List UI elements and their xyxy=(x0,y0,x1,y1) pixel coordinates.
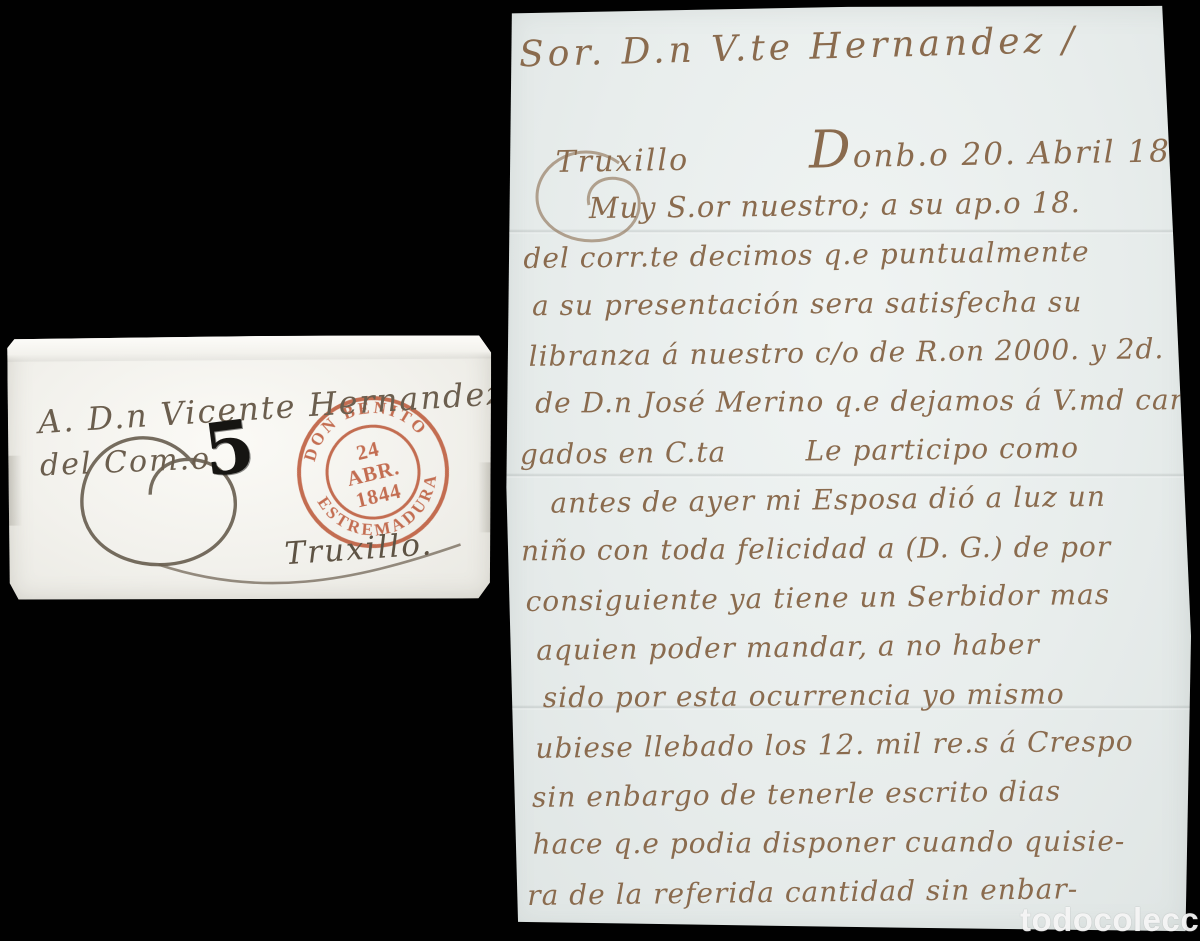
letter-line: de D.n José Merino q.e dejamos á V.md ca… xyxy=(535,375,1169,427)
letter-line: Muy S.or nuestro; a su ap.o 18. xyxy=(589,177,1168,233)
letter-line: hace q.e podia disponer cuando quisie- xyxy=(532,816,1174,868)
letter-line: del corr.te decimos q.e puntualmente xyxy=(523,226,1168,283)
letter-line: ubiese llebado los 12. mil re.s á Crespo xyxy=(535,716,1174,773)
letter-line: niño con toda felicidad a (D. G.) de por xyxy=(521,522,1171,576)
postal-rate-mark: 5 xyxy=(199,409,258,487)
folded-letter-cover: DON BENITO ESTREMADURA 24 ABR. 1844 A. D… xyxy=(7,334,493,601)
cover-address-line2: del Com.o xyxy=(39,441,211,483)
letter-recipient-line: Sor. D.n V.te Hernandez / xyxy=(519,20,1079,76)
letter-page: Sor. D.n V.te Hernandez / TruxilloDonb.o… xyxy=(505,5,1191,933)
letter-dateline: Donb.o 20. Abril 1844 xyxy=(808,114,1200,181)
photo-canvas: DON BENITO ESTREMADURA 24 ABR. 1844 A. D… xyxy=(0,0,1200,941)
letter-line: sido por esta ocurrencia yo mismo xyxy=(543,669,1173,722)
letter-body: Muy S.or nuestro; a su ap.o 18. del corr… xyxy=(527,177,1176,920)
watermark-label: todocoleccion xyxy=(1020,901,1200,939)
letter-line: aquien poder mandar, a no haber xyxy=(536,618,1173,675)
letter-line: a su presentación sera satisfecha su xyxy=(532,277,1168,330)
letter-line: gados en C.ta Le participo como xyxy=(520,422,1171,479)
letter-line: antes de ayer mi Esposa dió a luz un xyxy=(550,471,1171,528)
letter-line: libranza á nuestro c/o de R.on 2000. y 2… xyxy=(528,324,1169,381)
letter-line: sin enbargo de tenerle escrito dias xyxy=(532,765,1175,822)
letter-line: consiguiente ya tiene un Serbidor mas xyxy=(525,569,1172,626)
